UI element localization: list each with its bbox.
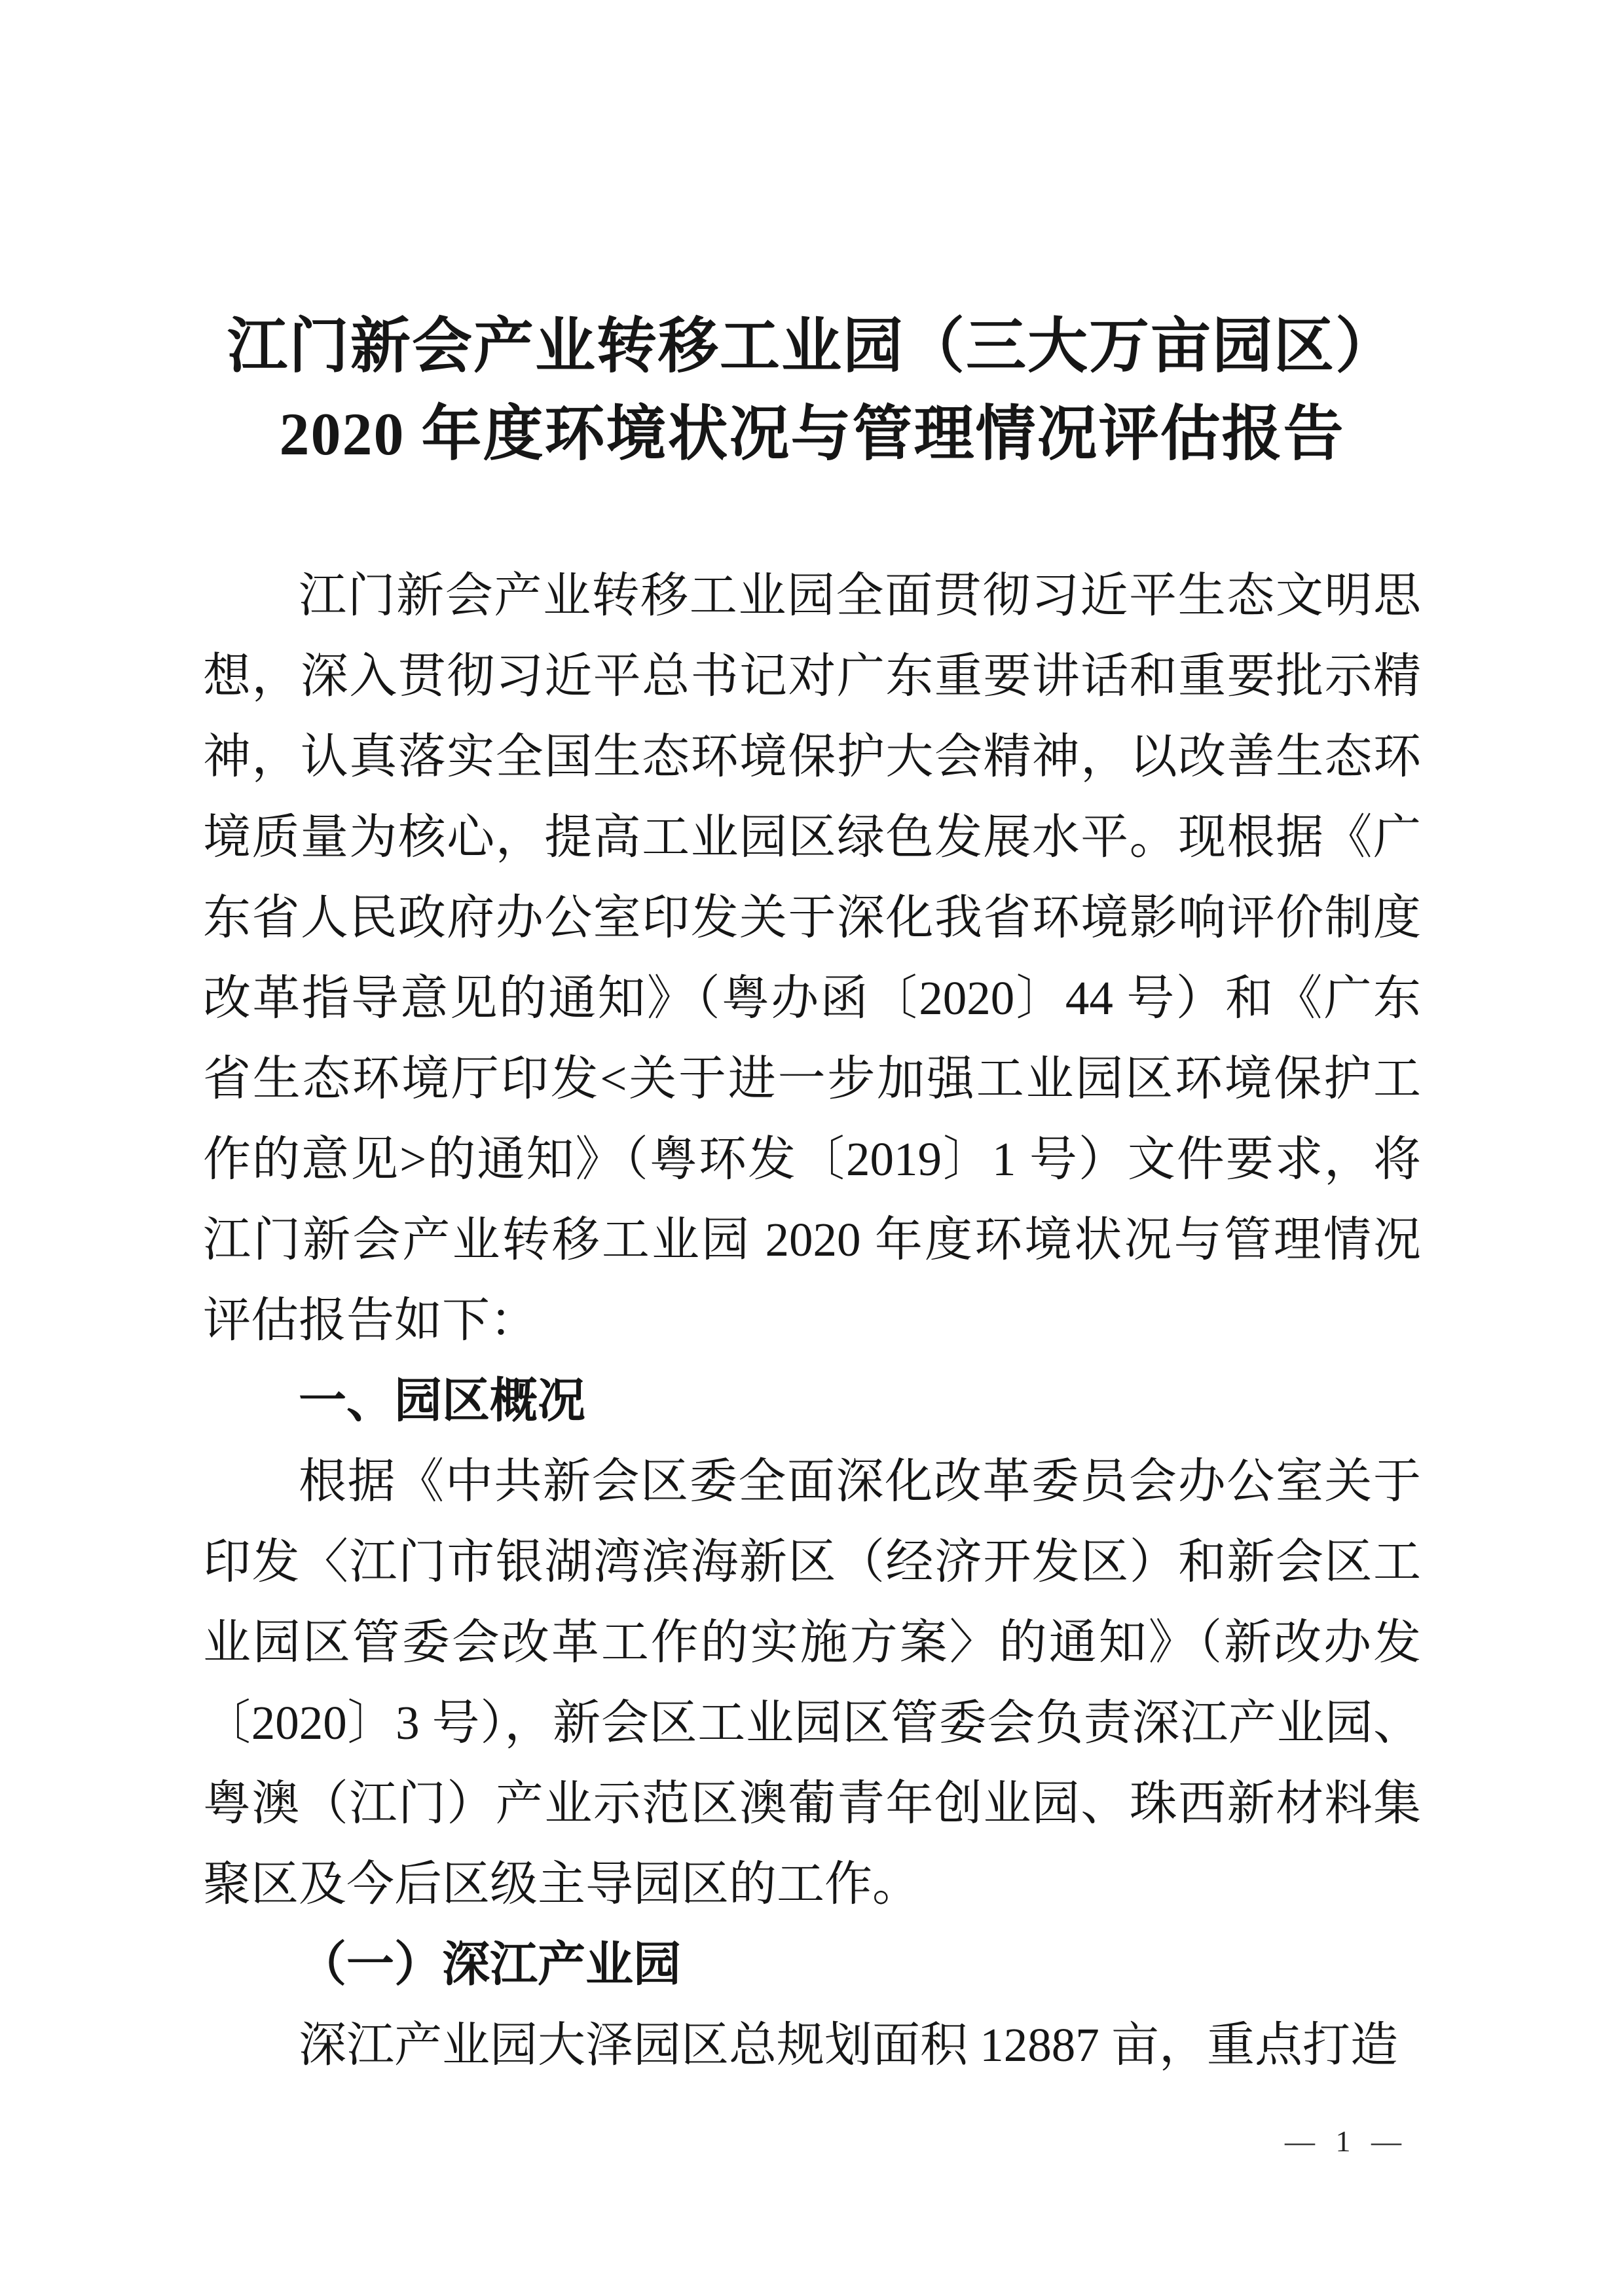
page-number: — 1 —	[1285, 2126, 1408, 2157]
paragraph-intro: 江门新会产业转移工业园全面贯彻习近平生态文明思想，深入贯彻习近平总书记对广东重要…	[203, 555, 1421, 1360]
paragraph-management-committee: 根据《中共新会区委全面深化改革委员会办公室关于印发〈江门市银湖湾滨海新区（经济开…	[203, 1441, 1421, 1924]
subsection-heading-shenjiang-park: （一）深江产业园	[203, 1924, 1421, 2005]
document-title: 江门新会产业转移工业园（三大万亩园区） 2020 年度环境状况与管理情况评估报告	[203, 302, 1421, 478]
section-heading-park-overview: 一、园区概况	[203, 1360, 1421, 1441]
document-page: 江门新会产业转移工业园（三大万亩园区） 2020 年度环境状况与管理情况评估报告…	[0, 0, 1624, 2296]
document-title-line-2: 2020 年度环境状况与管理情况评估报告	[203, 390, 1421, 478]
document-title-line-1: 江门新会产业转移工业园（三大万亩园区）	[203, 302, 1421, 390]
paragraph-shenjiang-park-intro: 深江产业园大泽园区总规划面积 12887 亩，重点打造	[203, 2005, 1421, 2085]
